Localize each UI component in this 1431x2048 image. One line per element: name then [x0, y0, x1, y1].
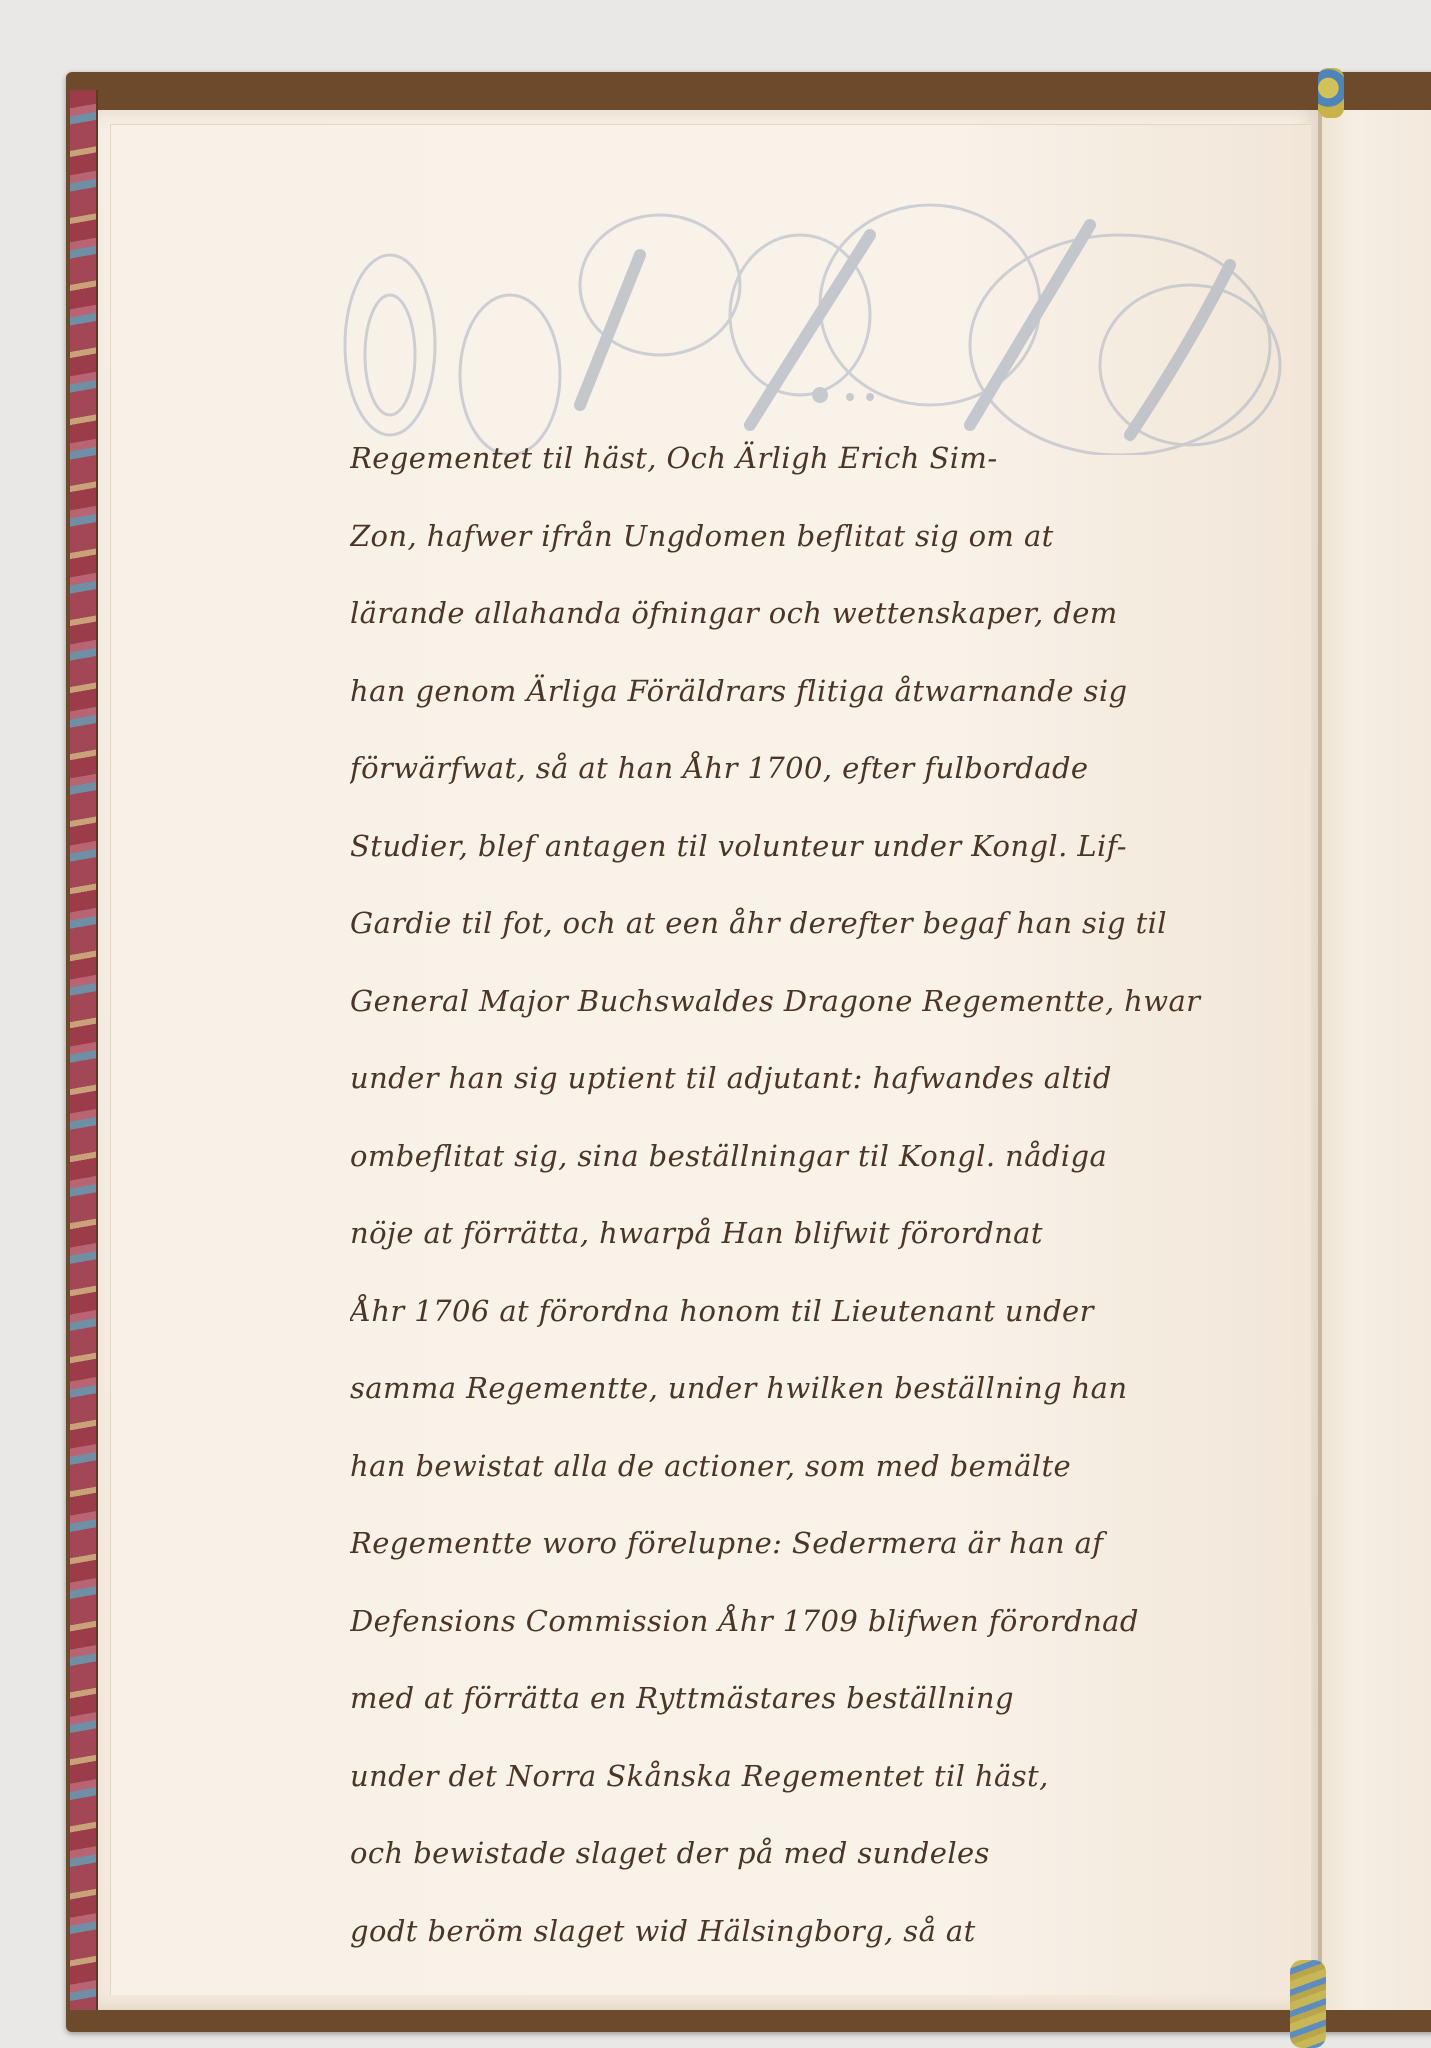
- manuscript-line: Regementet til häst, Och Ärligh Erich Si…: [350, 420, 1250, 498]
- marbled-page-edge: [70, 90, 98, 2010]
- manuscript-line: och bewistade slaget der på med sundeles: [350, 1815, 1250, 1893]
- manuscript-line: med at förrätta en Ryttmästares beställn…: [350, 1660, 1250, 1738]
- bleedthrough-calligraphy-icon: [330, 195, 1310, 455]
- manuscript-line: nöje at förrätta, hwarpå Han blifwit för…: [350, 1195, 1250, 1273]
- manuscript-line: Regementte woro förelupne: Sedermera är …: [350, 1505, 1250, 1583]
- ribbon-bookmark-bottom-icon: [1290, 1960, 1326, 2048]
- manuscript-line: Gardie til fot, och at een åhr derefter …: [350, 885, 1250, 963]
- manuscript-line: under det Norra Skånska Regementet til h…: [350, 1738, 1250, 1816]
- handwritten-text-block: Regementet til häst, Och Ärligh Erich Si…: [350, 420, 1250, 1970]
- manuscript-line: samma Regementte, under hwilken beställn…: [350, 1350, 1250, 1428]
- manuscript-line: lärande allahanda öfningar och wettenska…: [350, 575, 1250, 653]
- ribbon-bookmark-top-icon: [1318, 68, 1344, 118]
- manuscript-line: General Major Buchswaldes Dragone Regeme…: [350, 963, 1250, 1041]
- facing-page-edge: [1322, 110, 1431, 2010]
- manuscript-line: Åhr 1706 at förordna honom til Lieutenan…: [350, 1273, 1250, 1351]
- manuscript-line: under han sig uptient til adjutant: hafw…: [350, 1040, 1250, 1118]
- manuscript-line: han genom Ärliga Föräldrars flitiga åtwa…: [350, 653, 1250, 731]
- manuscript-line: Zon, hafwer ifrån Ungdomen beflitat sig …: [350, 498, 1250, 576]
- manuscript-line: han bewistat alla de actioner, som med b…: [350, 1428, 1250, 1506]
- manuscript-line: förwärfwat, så at han Åhr 1700, efter fu…: [350, 730, 1250, 808]
- manuscript-line: ombeflitat sig, sina beställningar til K…: [350, 1118, 1250, 1196]
- manuscript-line: Studier, blef antagen til volunteur unde…: [350, 808, 1250, 886]
- manuscript-line: godt beröm slaget wid Hälsingborg, så at: [350, 1893, 1250, 1971]
- manuscript-line: Defensions Commission Åhr 1709 blifwen f…: [350, 1583, 1250, 1661]
